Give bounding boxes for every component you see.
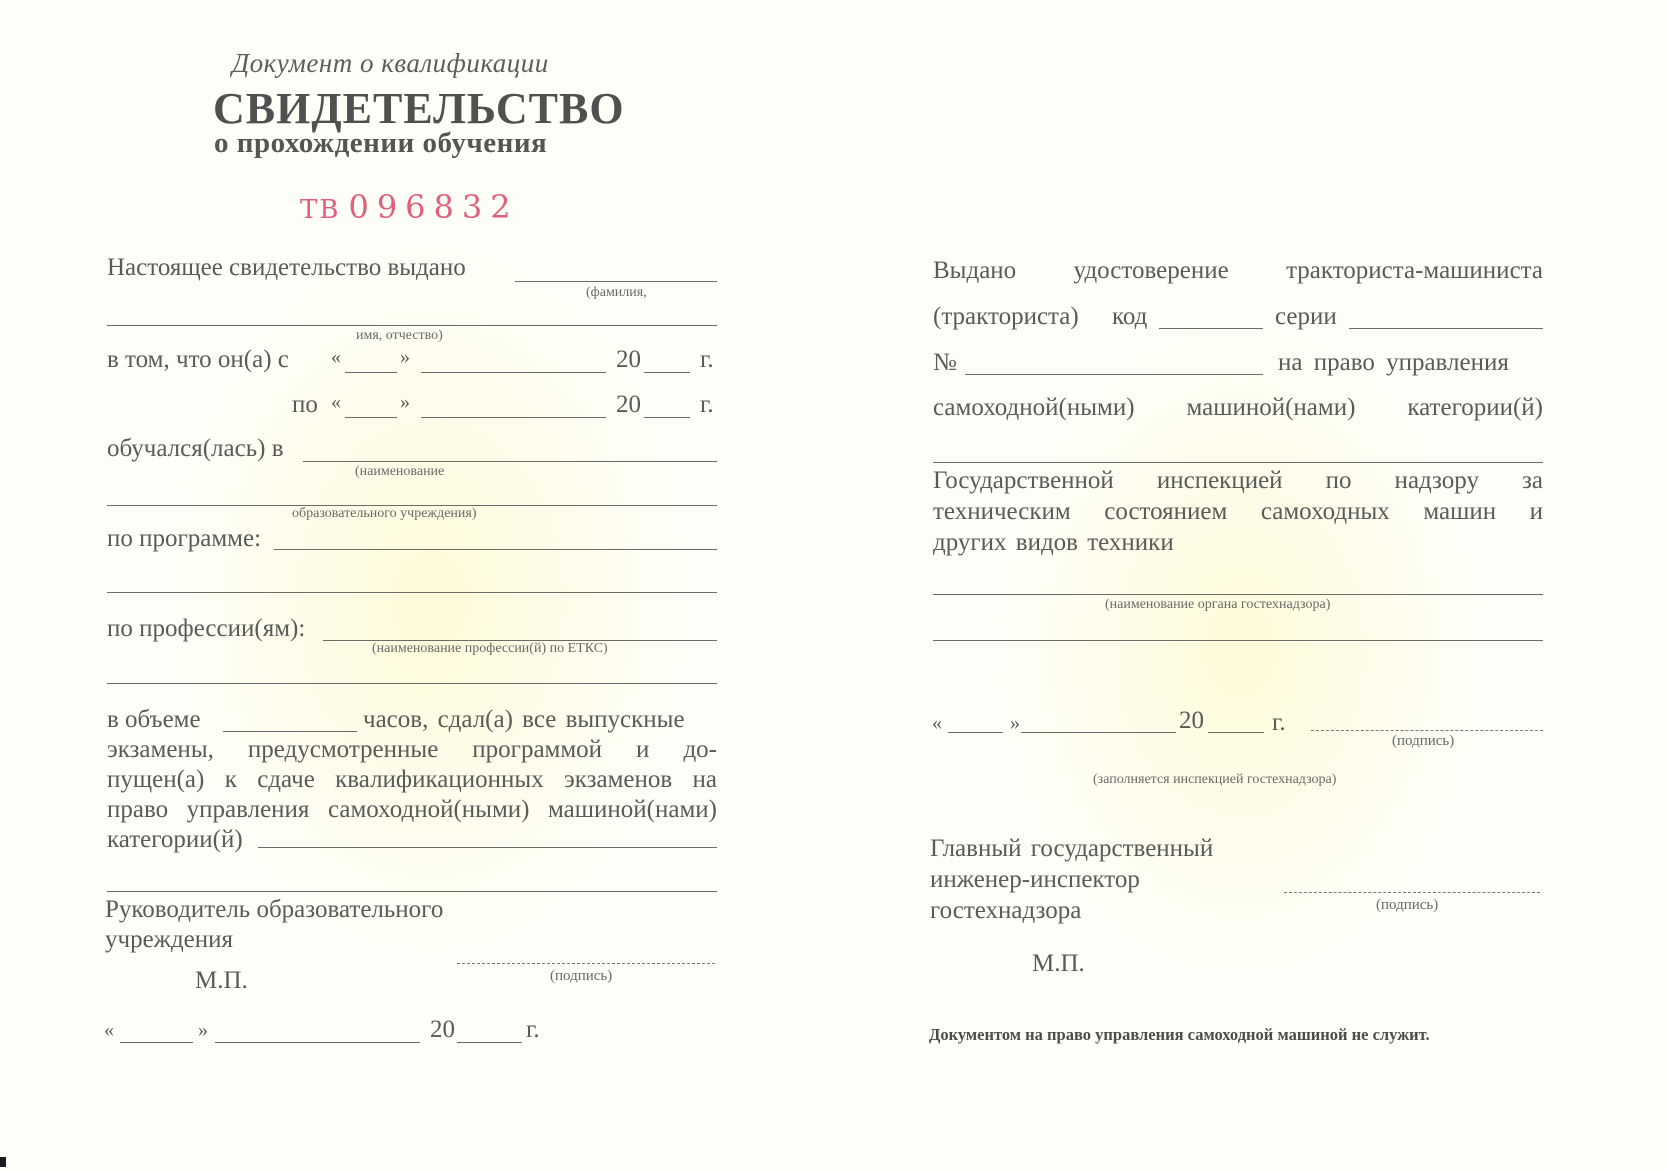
hint-signature-left: (подпись) xyxy=(550,968,612,985)
document-title-sub: о прохождении обучения xyxy=(214,127,547,160)
hint-surname: (фамилия, xyxy=(586,285,647,301)
tractorist-label: (тракториста) xyxy=(933,303,1079,331)
profession-field-2[interactable] xyxy=(107,683,717,684)
category-field[interactable] xyxy=(258,847,717,848)
from-month-field[interactable] xyxy=(421,372,606,373)
self-propelled-line: самоходной(ными) машиной(нами) категории… xyxy=(933,394,1543,422)
authority-field-2[interactable] xyxy=(933,640,1543,641)
quote-open: « xyxy=(331,391,341,414)
chief-label-3: гостехнадзора xyxy=(930,897,1081,925)
quote-close: » xyxy=(1010,712,1020,735)
profession-label: по профессии(ям): xyxy=(107,615,305,643)
volume-rest: часов, сдал(а) все выпускные xyxy=(363,706,685,734)
issue-year-prefix: 20 xyxy=(430,1016,455,1044)
volume-label: в объеме xyxy=(107,706,201,734)
issue-month-field[interactable] xyxy=(215,1042,420,1043)
issue-year-suffix: г. xyxy=(526,1016,540,1044)
to-month-field[interactable] xyxy=(421,417,606,418)
inspect-day-field[interactable] xyxy=(948,732,1003,733)
hint-signature-right-1: (подпись) xyxy=(1392,733,1454,750)
hint-signature-right-2: (подпись) xyxy=(1376,897,1438,914)
inspect-signature-field[interactable] xyxy=(1311,730,1543,731)
chief-label-1: Главный государственный xyxy=(930,835,1213,863)
issued-to-field-2[interactable] xyxy=(107,325,717,326)
to-year-field[interactable] xyxy=(644,417,690,418)
authority-field[interactable] xyxy=(933,594,1543,595)
hint-institution-1: (наименование xyxy=(355,464,444,480)
head-label-2: учреждения xyxy=(105,926,233,954)
hint-name: имя, отчество) xyxy=(356,328,443,344)
stamp-label-right: М.П. xyxy=(1032,950,1085,978)
quote-close: » xyxy=(198,1019,208,1042)
quote-close: » xyxy=(400,391,410,414)
issued-to-field[interactable] xyxy=(515,281,717,282)
paragraph-line-2: экзамены, предусмотренные программой и д… xyxy=(107,736,717,764)
inspect-year-field[interactable] xyxy=(1208,732,1264,733)
head-signature-field[interactable] xyxy=(457,963,715,964)
program-field-2[interactable] xyxy=(107,592,717,593)
stamp-label-left: М.П. xyxy=(195,967,248,995)
serial-prefix: ТВ xyxy=(300,195,340,225)
series-field[interactable] xyxy=(1349,328,1543,329)
chief-signature-field[interactable] xyxy=(1284,892,1540,893)
paragraph-line-3: пущен(а) к сдаче квалификационных экзаме… xyxy=(107,766,717,794)
hint-authority: (наименование органа гостехнадзора) xyxy=(1105,597,1330,613)
issue-year-field[interactable] xyxy=(457,1042,522,1043)
serial-number: ТВ096832 xyxy=(300,188,519,226)
document-type-subtitle: Документ о квалификации xyxy=(232,48,549,79)
program-label: по программе: xyxy=(107,525,261,553)
hint-institution-2: образовательного учреждения) xyxy=(292,506,477,522)
driving-right-label: на право управления xyxy=(1278,349,1509,377)
category-label: категории(й) xyxy=(107,826,243,854)
from-year-prefix: 20 xyxy=(616,346,641,374)
code-label: код xyxy=(1112,303,1147,331)
scan-edge-mark xyxy=(0,1157,6,1167)
license-number-field[interactable] xyxy=(965,374,1263,375)
category-field-right[interactable] xyxy=(933,462,1543,463)
series-label: серии xyxy=(1275,303,1337,331)
paragraph-line-4: право управления самоходной(ными) машино… xyxy=(107,796,717,824)
from-day-field[interactable] xyxy=(345,372,397,373)
inspect-year-suffix: г. xyxy=(1272,709,1286,737)
to-day-field[interactable] xyxy=(345,417,397,418)
footer-disclaimer: Документом на право управления самоходно… xyxy=(929,1025,1430,1045)
period-to-label: по xyxy=(292,391,318,419)
to-year-prefix: 20 xyxy=(616,391,641,419)
issue-day-field[interactable] xyxy=(120,1042,193,1043)
issued-to-label: Настоящее свидетельство выдано xyxy=(107,254,466,282)
serial-digits: 096832 xyxy=(348,188,518,226)
inspection-line-2: техническим состоянием самоходных машин … xyxy=(933,498,1543,526)
chief-label-2: инженер-инспектор xyxy=(930,866,1140,894)
hours-field[interactable] xyxy=(223,731,357,732)
inspect-year-prefix: 20 xyxy=(1179,707,1204,735)
from-year-field[interactable] xyxy=(644,372,690,373)
category-field-2[interactable] xyxy=(107,891,717,892)
program-field[interactable] xyxy=(274,549,717,550)
institution-field[interactable] xyxy=(303,461,717,462)
inspection-line-3: других видов техники xyxy=(933,529,1174,557)
quote-open: « xyxy=(932,712,942,735)
to-year-suffix: г. xyxy=(700,391,714,419)
hint-filled-by: (заполняется инспекцией гостехнадзора) xyxy=(1093,772,1336,788)
quote-open: « xyxy=(331,346,341,369)
code-field[interactable] xyxy=(1159,328,1263,329)
from-year-suffix: г. xyxy=(700,346,714,374)
studied-label: обучался(лась) в xyxy=(107,435,284,463)
number-sign: № xyxy=(933,349,957,377)
period-from-label: в том, что он(а) с xyxy=(107,346,289,374)
quote-close: » xyxy=(400,346,410,369)
inspect-month-field[interactable] xyxy=(1021,732,1176,733)
inspection-line-1: Государственной инспекцией по надзору за xyxy=(933,467,1543,495)
quote-open: « xyxy=(104,1019,114,1042)
head-label-1: Руководитель образовательного xyxy=(105,896,443,924)
license-issued-line: Выдано удостоверение тракториста-машинис… xyxy=(933,257,1543,285)
hint-profession: (наименование профессии(й) по ЕТКС) xyxy=(372,641,608,657)
